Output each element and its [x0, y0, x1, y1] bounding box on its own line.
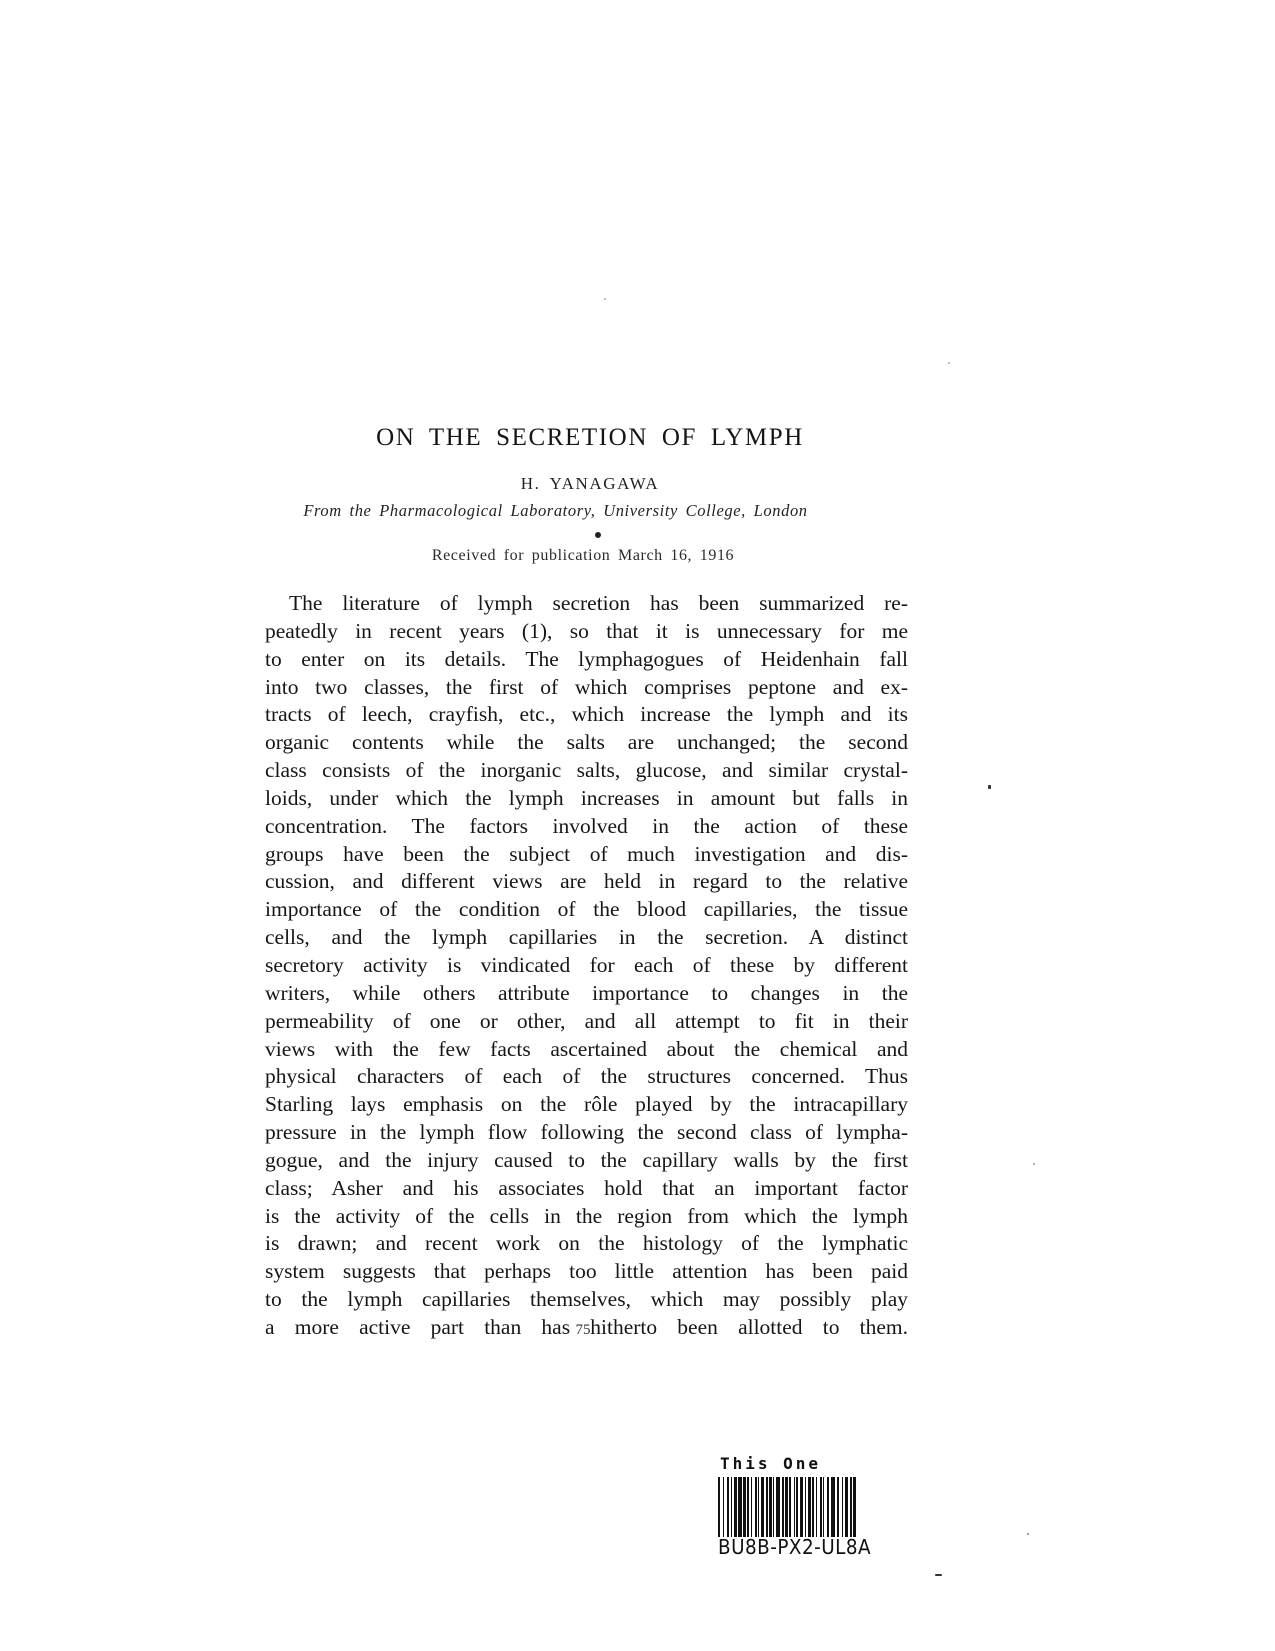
text-line: concentration. The factors involved in t… — [265, 813, 908, 841]
barcode-code: BU8B-PX2-UL8A — [718, 1535, 871, 1559]
author-affiliation: From the Pharmacological Laboratory, Uni… — [0, 501, 1111, 521]
barcode-icon — [718, 1477, 988, 1537]
body-paragraph: The literature of lymph secretion has be… — [265, 590, 908, 1342]
scan-speck — [1033, 1163, 1035, 1165]
text-line: tracts of leech, crayfish, etc., which i… — [265, 701, 908, 729]
text-line: class; Asher and his associates hold tha… — [265, 1175, 908, 1203]
text-line: groups have been the subject of much inv… — [265, 841, 908, 869]
page-number: 75 — [0, 1322, 1166, 1339]
text-line: to the lymph capillaries themselves, whi… — [265, 1286, 908, 1314]
text-line: loids, under which the lymph increases i… — [265, 785, 908, 813]
text-line: importance of the condition of the blood… — [265, 896, 908, 924]
stamp-label: This One — [720, 1454, 821, 1473]
scan-speck — [935, 1574, 942, 1576]
text-line: gogue, and the injury caused to the capi… — [265, 1147, 908, 1175]
article-title: ON THE SECRETION OF LYMPH — [0, 424, 1180, 452]
text-line: class consists of the inorganic salts, g… — [265, 757, 908, 785]
text-line: permeability of one or other, and all at… — [265, 1008, 908, 1036]
text-line: is the activity of the cells in the regi… — [265, 1203, 908, 1231]
text-line: into two classes, the first of which com… — [265, 674, 908, 702]
author-name: H. YANAGAWA — [0, 474, 1180, 494]
text-line: secretory activity is vindicated for eac… — [265, 952, 908, 980]
scan-speck — [948, 362, 950, 364]
document-page: ON THE SECRETION OF LYMPH H. YANAGAWA Fr… — [0, 0, 1275, 1651]
text-line: cussion, and different views are held in… — [265, 868, 908, 896]
ornament-dot-icon — [595, 532, 601, 538]
received-date: Received for publication March 16, 1916 — [0, 547, 1166, 565]
text-line: is drawn; and recent work on the histolo… — [265, 1230, 908, 1258]
text-line: Starling lays emphasis on the rôle playe… — [265, 1091, 908, 1119]
text-line: views with the few facts ascertained abo… — [265, 1036, 908, 1064]
text-line: physical characters of each of the struc… — [265, 1063, 908, 1091]
scan-speck — [604, 298, 606, 300]
text-line: peatedly in recent years (1), so that it… — [265, 618, 908, 646]
text-line: The literature of lymph secretion has be… — [265, 590, 908, 618]
scan-speck — [988, 785, 991, 789]
scan-speck — [1027, 1533, 1029, 1535]
text-line: to enter on its details. The lymphagogue… — [265, 646, 908, 674]
text-line: writers, while others attribute importan… — [265, 980, 908, 1008]
text-line: organic contents while the salts are unc… — [265, 729, 908, 757]
text-line: pressure in the lymph flow following the… — [265, 1119, 908, 1147]
text-line: cells, and the lymph capillaries in the … — [265, 924, 908, 952]
text-line: system suggests that perhaps too little … — [265, 1258, 908, 1286]
